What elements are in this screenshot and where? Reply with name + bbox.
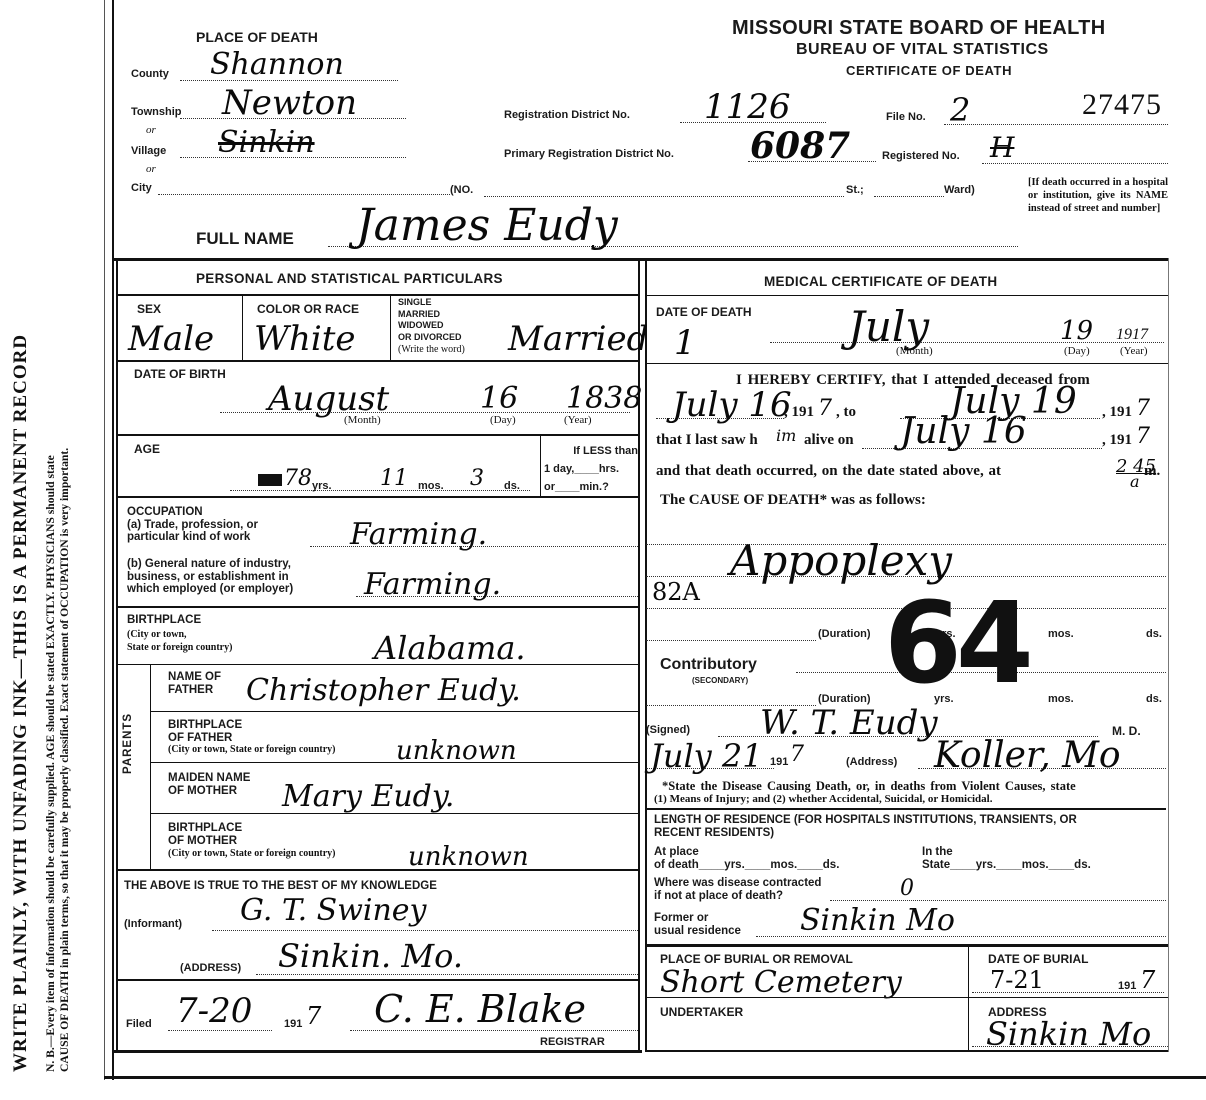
- year-caption: (Year): [564, 414, 592, 426]
- signed-year-prefix: 191: [770, 756, 788, 768]
- occ-b-line3: which employed (or employer): [127, 583, 293, 596]
- age-label: AGE: [134, 442, 160, 456]
- signed-label: (Signed): [646, 724, 690, 736]
- day-caption: (Day): [490, 414, 516, 426]
- certificate-title: CERTIFICATE OF DEATH: [846, 63, 1012, 78]
- duration-months-unit: mos.: [1048, 693, 1074, 705]
- to-label: , to: [836, 404, 856, 421]
- informant-address-field[interactable]: Sinkin. Mo.: [278, 940, 463, 972]
- township-label: Township: [131, 106, 182, 118]
- age-months-field[interactable]: 11: [380, 468, 408, 490]
- form-bottom-border: [104, 1076, 1206, 1079]
- filed-date-field[interactable]: 7-20: [176, 994, 252, 1028]
- rule: [150, 762, 640, 763]
- age-years-field[interactable]: 78: [284, 468, 312, 490]
- attended-from-year[interactable]: 7: [818, 398, 832, 420]
- full-name-field[interactable]: James Eudy: [356, 204, 618, 248]
- mother-birthplace-label: BIRTHPLACE OF MOTHER: [168, 822, 242, 847]
- classification-overlay-mark: 64: [884, 588, 1028, 700]
- marital-option-single: SINGLE: [398, 297, 462, 309]
- undertaker-field[interactable]: [666, 1022, 746, 1040]
- dob-month-field[interactable]: August: [268, 382, 389, 416]
- margin-rule: [104, 0, 105, 1080]
- father-bp-line1: BIRTHPLACE: [168, 719, 242, 732]
- rule: [646, 997, 1168, 998]
- registration-district-label: Registration District No.: [504, 109, 630, 121]
- rule: [116, 869, 640, 871]
- signed-date-field[interactable]: July 21: [650, 740, 763, 772]
- day-caption: (Day): [1064, 345, 1090, 357]
- year-prefix: , 191: [784, 404, 814, 421]
- in-state-line1: In the: [922, 846, 1091, 859]
- burial-year-field[interactable]: 7: [1140, 968, 1155, 992]
- marital-options: SINGLE MARRIED WIDOWED OR DIVORCED: [398, 297, 462, 343]
- informant-line: [212, 930, 638, 931]
- date-of-death-line: [770, 342, 1164, 343]
- rule: [116, 434, 640, 436]
- father-name-field[interactable]: Christopher Eudy.: [246, 676, 521, 706]
- file-number-line: [944, 124, 1168, 125]
- sex-label: SEX: [137, 302, 161, 316]
- rule: [116, 979, 640, 981]
- duration-months-unit: mos.: [1048, 628, 1074, 640]
- grid-top-rule: [114, 258, 1168, 261]
- rule: [116, 496, 640, 498]
- mother-name-label: MAIDEN NAME OF MOTHER: [168, 772, 250, 797]
- race-label: COLOR OR RACE: [257, 302, 359, 316]
- knowledge-statement: THE ABOVE IS TRUE TO THE BEST OF MY KNOW…: [124, 880, 437, 892]
- rule: [116, 606, 640, 608]
- mother-bp-line2: OF MOTHER: [168, 835, 242, 848]
- permanent-record-banner: WRITE PLAINLY, WITH UNFADING INK—THIS IS…: [10, 334, 32, 1072]
- place-of-death-heading: PLACE OF DEATH: [196, 29, 318, 45]
- days-unit: ds.: [504, 480, 520, 492]
- rule: [646, 363, 1168, 364]
- column-divider-a: [638, 260, 640, 1052]
- registration-district-field[interactable]: 1126: [704, 90, 791, 124]
- rule: [242, 295, 243, 361]
- ward-label: Ward): [944, 184, 975, 196]
- form-left-border: [112, 0, 114, 1080]
- secondary-label: (SECONDARY): [692, 676, 748, 685]
- father-label-line2: FATHER: [168, 684, 221, 697]
- burial-place-field[interactable]: Short Cemetery: [660, 968, 902, 998]
- am-pm-field[interactable]: a: [1130, 474, 1140, 490]
- marital-option-married: MARRIED: [398, 309, 462, 321]
- occ-a-line1: (a) Trade, profession, or: [127, 519, 258, 532]
- in-state-line2[interactable]: State____yrs.____mos.____ds.: [922, 859, 1091, 872]
- duration-days-unit: ds.: [1146, 628, 1162, 640]
- contracted-label: Where was disease contracted if not at p…: [654, 877, 821, 902]
- rule: [646, 808, 1166, 810]
- informant-label: (Informant): [124, 918, 182, 930]
- occupation-b-labels: (b) General nature of industry, business…: [127, 558, 293, 596]
- death-occurred-text: and that death occurred, on the date sta…: [656, 463, 1001, 480]
- occ-b-line2: business, or establishment in: [127, 571, 293, 584]
- rule: [390, 295, 391, 361]
- filed-year-field[interactable]: 7: [306, 1004, 321, 1028]
- street-number-label: (NO.: [450, 184, 473, 196]
- marital-option-divorced: OR DIVORCED: [398, 332, 462, 344]
- village-label: Village: [131, 145, 166, 157]
- father-birthplace-hint: (City or town, State or foreign country): [168, 744, 335, 755]
- county-field[interactable]: Shannon: [210, 50, 344, 80]
- occupation-industry-field[interactable]: Farming.: [364, 570, 501, 600]
- rule: [968, 946, 969, 1050]
- less-than-line1: If LESS than: [544, 442, 638, 460]
- occupation-trade-field[interactable]: Farming.: [350, 520, 487, 550]
- undertaker-label: UNDERTAKER: [660, 1005, 743, 1019]
- rule: [646, 1050, 1168, 1052]
- death-day-field[interactable]: 19: [1060, 318, 1093, 344]
- dob-label: DATE OF BIRTH: [134, 367, 226, 381]
- m-label: m.: [1144, 463, 1160, 480]
- parents-label: PARENTS: [122, 713, 134, 774]
- parents-bracket: [150, 665, 151, 869]
- father-label-line1: NAME OF: [168, 671, 221, 684]
- former-line1: Former or: [654, 912, 741, 925]
- death-month-field[interactable]: July: [848, 306, 929, 348]
- primary-district-label: Primary Registration District No.: [504, 148, 674, 160]
- primary-district-field[interactable]: 6087: [750, 128, 850, 164]
- street-field[interactable]: [484, 196, 844, 197]
- county-label: County: [131, 68, 169, 80]
- residence-heading: LENGTH OF RESIDENCE (FOR HOSPITALS INSTI…: [654, 814, 1077, 839]
- years-unit: yrs.: [312, 480, 332, 492]
- last-saw-pronoun-field[interactable]: im: [776, 428, 796, 444]
- contracted-field[interactable]: 0: [900, 878, 914, 900]
- contributory-label: Contributory: [660, 656, 757, 674]
- or-text: or: [146, 124, 156, 136]
- sex-field[interactable]: Male: [128, 322, 214, 356]
- registered-number-field[interactable]: H: [990, 134, 1014, 162]
- occupation-labels: OCCUPATION (a) Trade, profession, or par…: [127, 506, 258, 544]
- mother-birthplace-field[interactable]: unknown: [408, 844, 529, 870]
- contracted-line1: Where was disease contracted: [654, 877, 821, 890]
- registrar-signature[interactable]: C. E. Blake: [374, 990, 586, 1028]
- birthplace-hint-line2: State or foreign country): [127, 641, 232, 654]
- redaction-mark: [258, 474, 282, 486]
- rule: [150, 813, 640, 814]
- marital-status-field[interactable]: Married: [508, 322, 648, 356]
- registered-number-label: Registered No.: [882, 150, 960, 162]
- residence-in-state[interactable]: In the State____yrs.____mos.____ds.: [922, 846, 1091, 871]
- file-number-label: File No.: [886, 111, 926, 123]
- registrar-label: REGISTRAR: [540, 1036, 605, 1048]
- birthplace-heading: BIRTHPLACE: [127, 614, 201, 626]
- physician-address-field[interactable]: Koller, Mo: [934, 738, 1121, 774]
- former-residence-label: Former or usual residence: [654, 912, 741, 937]
- father-birthplace-field[interactable]: unknown: [396, 738, 517, 764]
- last-saw-year[interactable]: 7: [1136, 426, 1150, 448]
- death-year-field[interactable]: 1917: [1116, 326, 1148, 344]
- last-saw-text: that I last saw h: [656, 432, 758, 449]
- township-field[interactable]: Newton: [222, 86, 357, 120]
- informant-field[interactable]: G. T. Swiney: [240, 896, 427, 926]
- informant-address-label: (ADDRESS): [180, 962, 241, 974]
- residence-heading-line2: RECENT RESIDENTS): [654, 827, 1077, 840]
- former-residence-field[interactable]: Sinkin Mo: [800, 906, 955, 936]
- contracted-line2: if not at place of death?: [654, 890, 821, 903]
- medical-heading: MEDICAL CERTIFICATE OF DEATH: [764, 274, 997, 289]
- stamp-number: 27475: [1082, 88, 1162, 122]
- less-than-minutes[interactable]: or____min.?: [544, 478, 638, 496]
- date-of-death-label: DATE OF DEATH: [656, 305, 752, 319]
- contracted-line: [830, 900, 1166, 901]
- city-field[interactable]: [158, 194, 450, 195]
- hospital-note: [If death occurred in a hospital or inst…: [1028, 176, 1168, 215]
- signed-year-field[interactable]: 7: [790, 744, 804, 766]
- full-name-label: FULL NAME: [196, 229, 294, 249]
- instructions-note-line2: CAUSE OF DEATH in plain terms, so that i…: [58, 448, 71, 1072]
- marital-option-widowed: WIDOWED: [398, 320, 462, 332]
- cause-of-death-field[interactable]: Appoplexy: [730, 540, 952, 582]
- duration-days-unit: ds.: [1146, 693, 1162, 705]
- date-of-death-mark: 1: [674, 326, 696, 360]
- physician-signature-field[interactable]: W. T. Eudy: [760, 706, 938, 740]
- ward-field[interactable]: [874, 196, 944, 197]
- at-place-line1: At place: [654, 846, 839, 859]
- burial-date-label: DATE OF BURIAL: [988, 952, 1088, 966]
- burial-year-prefix: 191: [1118, 980, 1136, 992]
- marital-hint: (Write the word): [398, 344, 465, 355]
- age-days-field[interactable]: 3: [470, 468, 484, 490]
- rule: [540, 436, 541, 496]
- form-right-border: [1168, 258, 1169, 1052]
- father-name-label: NAME OF FATHER: [168, 671, 221, 696]
- burial-place-label: PLACE OF BURIAL OR REMOVAL: [660, 952, 853, 966]
- former-line2: usual residence: [654, 925, 741, 938]
- residence-heading-line1: LENGTH OF RESIDENCE (FOR HOSPITALS INSTI…: [654, 814, 1077, 827]
- father-bp-line2: OF FATHER: [168, 732, 242, 745]
- cause-of-death-intro: The CAUSE OF DEATH* was as follows:: [660, 492, 926, 509]
- personal-heading: PERSONAL AND STATISTICAL PARTICULARS: [196, 271, 503, 286]
- less-than-hours[interactable]: 1 day,____hrs.: [544, 460, 638, 478]
- month-caption: (Month): [896, 345, 933, 357]
- physician-address-label: (Address): [846, 756, 897, 768]
- mother-birthplace-hint: (City or town, State or foreign country): [168, 848, 335, 859]
- month-caption: (Month): [344, 414, 381, 426]
- attended-to-year[interactable]: 7: [1136, 398, 1150, 420]
- less-than-one-day: If LESS than 1 day,____hrs. or____min.?: [544, 442, 638, 496]
- birthplace-field[interactable]: Alabama.: [374, 632, 526, 664]
- instructions-note-line1: N. B.—Every item of information should b…: [44, 455, 57, 1072]
- father-birthplace-label: BIRTHPLACE OF FATHER: [168, 719, 242, 744]
- filed-label: Filed: [126, 1018, 152, 1030]
- at-place-line2[interactable]: of death____yrs.____mos.____ds.: [654, 859, 839, 872]
- months-unit: mos.: [418, 480, 444, 492]
- race-field[interactable]: White: [254, 322, 356, 356]
- residence-at-place[interactable]: At place of death____yrs.____mos.____ds.: [654, 846, 839, 871]
- year-prefix: , 191: [1102, 432, 1132, 449]
- last-saw-date-field[interactable]: July 16: [900, 414, 1027, 450]
- filed-year-prefix: 191: [284, 1018, 302, 1030]
- rule: [646, 295, 1168, 296]
- rule: [116, 664, 640, 665]
- birthplace-hint: (City or town, State or foreign country): [127, 628, 232, 654]
- column-divider-b: [645, 260, 647, 1052]
- footnote-line2: (1) Means of Injury; and (2) whether Acc…: [654, 793, 992, 805]
- rule: [150, 711, 640, 712]
- bureau-title: BUREAU OF VITAL STATISTICS: [796, 41, 1049, 59]
- mother-label-line2: OF MOTHER: [168, 785, 250, 798]
- occ-b-line1: (b) General nature of industry,: [127, 558, 293, 571]
- rule: [116, 360, 640, 362]
- dob-day-field[interactable]: 16: [480, 384, 518, 414]
- birthplace-hint-line1: (City or town,: [127, 628, 232, 641]
- village-field[interactable]: Sinkin: [218, 128, 315, 158]
- alive-on-text: alive on: [804, 432, 854, 449]
- burial-address-field[interactable]: Sinkin Mo: [986, 1018, 1151, 1050]
- rule: [116, 294, 640, 296]
- footnote-line1: *State the Disease Causing Death, or, in…: [662, 779, 1076, 794]
- or-text: or: [146, 163, 156, 175]
- file-number-field[interactable]: 2: [950, 94, 970, 126]
- duration-label: (Duration): [818, 628, 871, 640]
- mother-bp-line1: BIRTHPLACE: [168, 822, 242, 835]
- occ-a-line2: particular kind of work: [127, 531, 258, 544]
- attended-from-field[interactable]: July 16: [672, 388, 792, 422]
- year-caption: (Year): [1120, 345, 1148, 357]
- burial-date-field[interactable]: 7-21: [990, 968, 1044, 992]
- left-column-border: [116, 260, 118, 1052]
- rule: [646, 944, 1168, 947]
- occupation-heading: OCCUPATION: [127, 506, 258, 519]
- mother-name-field[interactable]: Mary Eudy.: [282, 782, 454, 812]
- year-prefix: , 191: [1102, 404, 1132, 421]
- duration-line: [646, 640, 816, 641]
- rule: [112, 1050, 642, 1053]
- street-label: St.;: [846, 184, 864, 196]
- mother-label-line1: MAIDEN NAME: [168, 772, 250, 785]
- dob-year-field[interactable]: 1838: [566, 384, 642, 414]
- cause-code: 82A: [652, 580, 700, 604]
- board-title: MISSOURI STATE BOARD OF HEALTH: [732, 17, 1105, 40]
- city-label: City: [131, 182, 152, 194]
